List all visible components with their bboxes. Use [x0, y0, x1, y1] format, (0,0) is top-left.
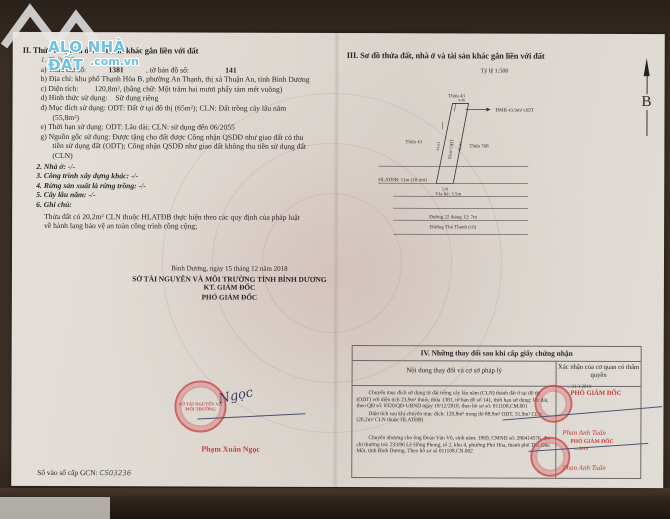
- origin-value: Được tặng cho đất được Công nhận QSDĐ nh…: [112, 132, 303, 142]
- confirm-1-name: Phan Anh Tuấn: [562, 429, 605, 437]
- issuer-signature-block: Bình Dương, ngày 15 tháng 12 năm 2018 SỞ…: [122, 264, 337, 303]
- road-name-old: Đường Thủ Thanh (cũ): [430, 225, 477, 230]
- note-line-2: về hành lang bảo vệ an toàn công trình c…: [22, 221, 332, 232]
- signer-title: PHÓ GIÁM ĐỐC: [122, 293, 337, 303]
- neighbor-left: Thửa 43: [405, 140, 422, 145]
- purpose-value: ODT: Đất ở tại đô thị (65m²); CLN: Đất t…: [108, 103, 286, 113]
- map-sheet-value: 141: [191, 65, 271, 75]
- site-watermark: ALO NHÀ ĐẤT .com.vn: [0, 0, 160, 70]
- corridor-label: HLATĐB: 11m (10 tim): [378, 178, 427, 183]
- bottom-width: 5.01: [442, 186, 449, 191]
- desk-light-patch: [0, 497, 110, 519]
- handwritten-signature: Ngọc: [217, 385, 254, 407]
- term-label: e) Thời hạn sử dụng:: [40, 122, 103, 131]
- confirm-1-title: PHÓ GIÁM ĐỐC: [571, 390, 622, 398]
- other-assets-list: 2. Nhà ở: -/- 3. Công trình xây dựng khá…: [22, 161, 332, 210]
- origin-label: g) Nguồn gốc sử dụng:: [40, 132, 110, 141]
- purpose-label: đ) Mục đích sử dụng:: [41, 103, 106, 112]
- changes-header-row: Nội dung thay đổi và cơ sở pháp lý Xác n…: [353, 361, 641, 387]
- address-label: b) Địa chỉ:: [41, 74, 74, 83]
- change-entry-2: Chuyển nhượng cho ông Đoàn Văn Vũ, sinh …: [356, 435, 551, 455]
- left-length: 24.61: [435, 141, 441, 151]
- official-red-seal: SỞ TÀI NGUYÊN VÀ MÔI TRƯỜNG: [174, 380, 226, 432]
- registry-number-row: Số vào sổ cấp GCN: CS03236: [37, 468, 131, 477]
- usage-form-label: d) Hình thức sử dụng:: [41, 93, 108, 102]
- usage-form-value: Sử dụng riêng: [109, 94, 158, 103]
- col-header-content: Nội dung thay đổi và cơ sở pháp lý: [353, 361, 557, 386]
- purpose-row: đ) Mục đích sử dụng: ODT: Đất ở tại đô t…: [23, 103, 333, 114]
- right-page: III. Sơ đồ thửa đất, nhà ở và tài sản kh…: [337, 33, 665, 488]
- area-label: c) Diện tích:: [41, 84, 79, 93]
- neighbor-right: Thửa 768: [469, 144, 489, 149]
- land-use-certificate: II. Thửa đất, nhà ở và tài sản khác gắn …: [11, 32, 665, 488]
- col-header-confirm: Xác nhận của cơ quan có thẩm quyền: [557, 362, 641, 386]
- parcel-label: 65m² ODT: [447, 139, 455, 160]
- registry-label: Số vào sổ cấp GCN:: [37, 468, 97, 477]
- signer-name: Phạm Xuân Ngọc: [201, 445, 260, 454]
- change-2-line-1: Chuyển nhượng cho ông Đoàn Văn Vũ, sinh …: [356, 435, 551, 455]
- changes-body: Chuyển mục đích sử dụng từ đất trồng cây…: [352, 386, 640, 479]
- change-1-line-1: Chuyển mục đích sử dụng từ đất trồng cây…: [356, 390, 551, 410]
- changes-red-seal-2: [530, 437, 570, 477]
- registry-value: CS03236: [99, 469, 131, 477]
- road-name: Đường 22 tháng 12: 7m: [429, 215, 477, 220]
- change-entry-1: Chuyển mục đích sử dụng từ đất trồng cây…: [356, 390, 551, 425]
- watermark-domain: .com.vn: [90, 55, 139, 68]
- callout-label: ĐMB 43.9m² ODT: [496, 108, 534, 114]
- term-value: ODT: Lâu dài; CLN: sử dụng đến 06/2055: [106, 122, 235, 131]
- confirm-2-name: Phan Anh Tuấn: [562, 464, 605, 472]
- top-width: 4.46: [458, 97, 465, 102]
- changes-table: IV. Những thay đổi sau khi cấp giấy chứn…: [351, 345, 641, 479]
- changes-title: IV. Những thay đổi sau khi cấp giấy chứn…: [353, 346, 641, 362]
- left-page: II. Thửa đất, nhà ở và tài sản khác gắn …: [11, 32, 335, 487]
- origin-continued-2: (CLN): [22, 151, 332, 162]
- parcel-map: Thửa 43 4.46 ĐMB 43.9m² ODT Thửa 43 Thửa…: [338, 33, 665, 274]
- right-length: 25.84: [457, 141, 463, 151]
- item-notes: 6. Ghi chú:: [22, 200, 332, 211]
- sidewalk-label: Vỉa hè: 3.5m: [435, 192, 461, 197]
- changes-content-cell: Chuyển mục đích sử dụng từ đất trồng cây…: [352, 386, 556, 479]
- area-value: 120,8m², (bằng chữ: Một trăm hai mươi ph…: [80, 84, 282, 94]
- address-value: khu phố Thạnh Hòa B, phường An Thạnh, th…: [75, 74, 310, 84]
- corridor-line-top: [378, 166, 528, 167]
